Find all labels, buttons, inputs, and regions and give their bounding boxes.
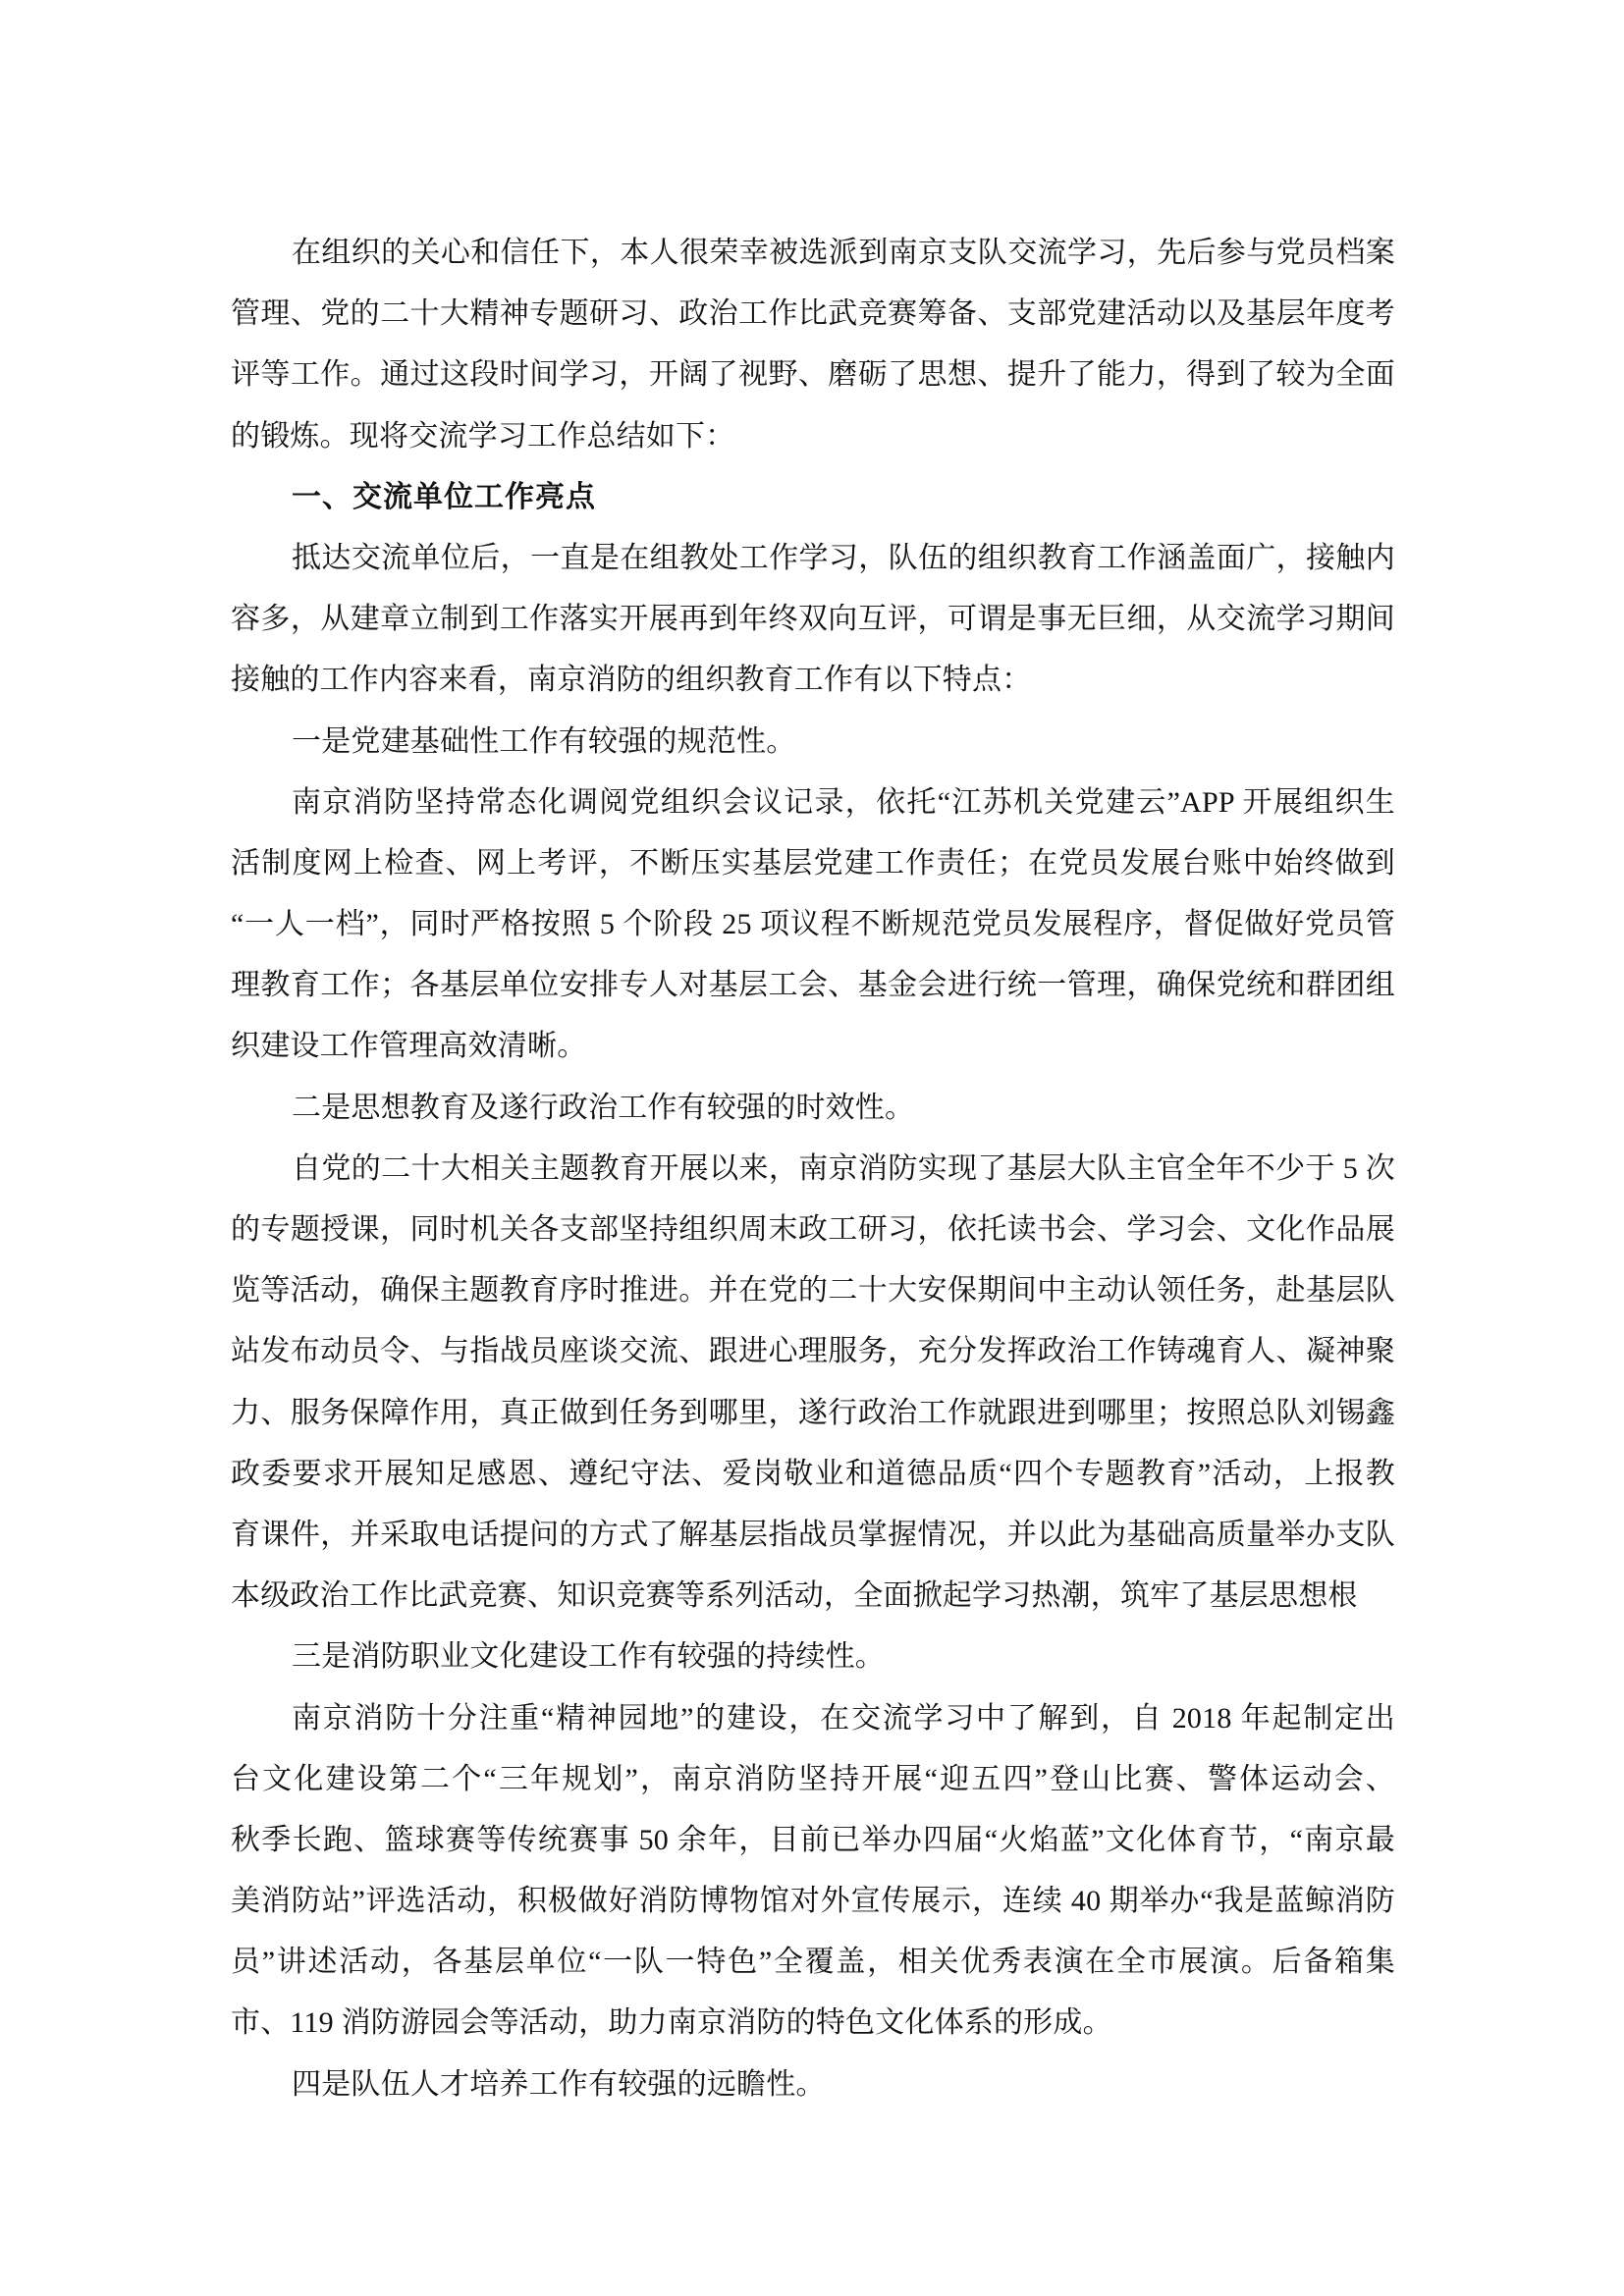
- text-line: 市、119 消防游园会等活动，助力南京消防的特色文化体系的形成。: [231, 1993, 1395, 2054]
- text-line: 览等活动，确保主题教育序时推进。并在党的二十大安保期间中主动认领任务，赴基层队: [231, 1260, 1395, 1321]
- paragraph: 自党的二十大相关主题教育开展以来，南京消防实现了基层大队主官全年不少于 5 次的…: [231, 1139, 1395, 1628]
- paragraph: 南京消防坚持常态化调阅党组织会议记录，依托“江苏机关党建云”APP 开展组织生活…: [231, 773, 1395, 1078]
- text-line: 三是消防职业文化建设工作有较强的持续性。: [231, 1627, 1395, 1687]
- text-line: 抵达交流单位后，一直是在组教处工作学习，队伍的组织教育工作涵盖面广，接触内: [231, 528, 1395, 589]
- section-heading: 一、交流单位工作亮点: [231, 467, 1395, 528]
- text-line: 容多，从建章立制到工作落实开展再到年终双向互评，可谓是事无巨细，从交流学习期间: [231, 589, 1395, 650]
- document-body: 在组织的关心和信任下，本人很荣幸被选派到南京支队交流学习，先后参与党员档案管理、…: [231, 223, 1395, 2115]
- text-line: 管理、党的二十大精神专题研习、政治工作比武竞赛筹备、支部党建活动以及基层年度考: [231, 284, 1395, 345]
- text-line: 秋季长跑、篮球赛等传统赛事 50 余年，目前已举办四届“火焰蓝”文化体育节，“南…: [231, 1810, 1395, 1871]
- paragraph: 一是党建基础性工作有较强的规范性。: [231, 712, 1395, 773]
- text-line: 一、交流单位工作亮点: [231, 467, 1395, 528]
- text-line: “一人一档”，同时严格按照 5 个阶段 25 项议程不断规范党员发展程序，督促做…: [231, 894, 1395, 955]
- text-line: 一是党建基础性工作有较强的规范性。: [231, 712, 1395, 773]
- text-line: 评等工作。通过这段时间学习，开阔了视野、磨砺了思想、提升了能力，得到了较为全面: [231, 345, 1395, 405]
- text-line: 站发布动员令、与指战员座谈交流、跟进心理服务，充分发挥政治工作铸魂育人、凝神聚: [231, 1321, 1395, 1382]
- text-line: 活制度网上检查、网上考评，不断压实基层党建工作责任；在党员发展台账中始终做到: [231, 833, 1395, 894]
- text-line: 二是思想教育及遂行政治工作有较强的时效性。: [231, 1078, 1395, 1139]
- text-line: 本级政治工作比武竞赛、知识竞赛等系列活动，全面掀起学习热潮，筑牢了基层思想根基。: [231, 1566, 1395, 1627]
- paragraph: 四是队伍人才培养工作有较强的远瞻性。: [231, 2055, 1395, 2115]
- document-page: 在组织的关心和信任下，本人很荣幸被选派到南京支队交流学习，先后参与党员档案管理、…: [0, 0, 1624, 2296]
- text-line: 的锻炼。现将交流学习工作总结如下：: [231, 406, 1395, 467]
- text-line: 南京消防十分注重“精神园地”的建设，在交流学习中了解到，自 2018 年起制定出: [231, 1688, 1395, 1749]
- text-line: 织建设工作管理高效清晰。: [231, 1016, 1395, 1077]
- text-line: 四是队伍人才培养工作有较强的远瞻性。: [231, 2055, 1395, 2115]
- text-line: 力、服务保障作用，真正做到任务到哪里，遂行政治工作就跟进到哪里；按照总队刘锡鑫: [231, 1383, 1395, 1444]
- text-line: 的专题授课，同时机关各支部坚持组织周末政工研习，依托读书会、学习会、文化作品展: [231, 1200, 1395, 1260]
- text-line: 员”讲述活动，各基层单位“一队一特色”全覆盖，相关优秀表演在全市展演。后备箱集: [231, 1932, 1395, 1993]
- paragraph: 二是思想教育及遂行政治工作有较强的时效性。: [231, 1078, 1395, 1139]
- paragraph: 在组织的关心和信任下，本人很荣幸被选派到南京支队交流学习，先后参与党员档案管理、…: [231, 223, 1395, 467]
- paragraph: 三是消防职业文化建设工作有较强的持续性。: [231, 1627, 1395, 1687]
- text-line: 政委要求开展知足感恩、遵纪守法、爱岗敬业和道德品质“四个专题教育”活动，上报教: [231, 1444, 1395, 1505]
- text-line: 美消防站”评选活动，积极做好消防博物馆对外宣传展示，连续 40 期举办“我是蓝鲸…: [231, 1871, 1395, 1932]
- text-line: 南京消防坚持常态化调阅党组织会议记录，依托“江苏机关党建云”APP 开展组织生: [231, 773, 1395, 833]
- text-line: 自党的二十大相关主题教育开展以来，南京消防实现了基层大队主官全年不少于 5 次: [231, 1139, 1395, 1200]
- text-line: 台文化建设第二个“三年规划”，南京消防坚持开展“迎五四”登山比赛、警体运动会、: [231, 1749, 1395, 1810]
- text-line: 育课件，并采取电话提问的方式了解基层指战员掌握情况，并以此为基础高质量举办支队: [231, 1505, 1395, 1566]
- paragraph: 南京消防十分注重“精神园地”的建设，在交流学习中了解到，自 2018 年起制定出…: [231, 1688, 1395, 2055]
- text-line: 理教育工作；各基层单位安排专人对基层工会、基金会进行统一管理，确保党统和群团组: [231, 955, 1395, 1016]
- text-line: 接触的工作内容来看，南京消防的组织教育工作有以下特点：: [231, 650, 1395, 711]
- paragraph: 抵达交流单位后，一直是在组教处工作学习，队伍的组织教育工作涵盖面广，接触内容多，…: [231, 528, 1395, 712]
- text-line: 在组织的关心和信任下，本人很荣幸被选派到南京支队交流学习，先后参与党员档案: [231, 223, 1395, 284]
